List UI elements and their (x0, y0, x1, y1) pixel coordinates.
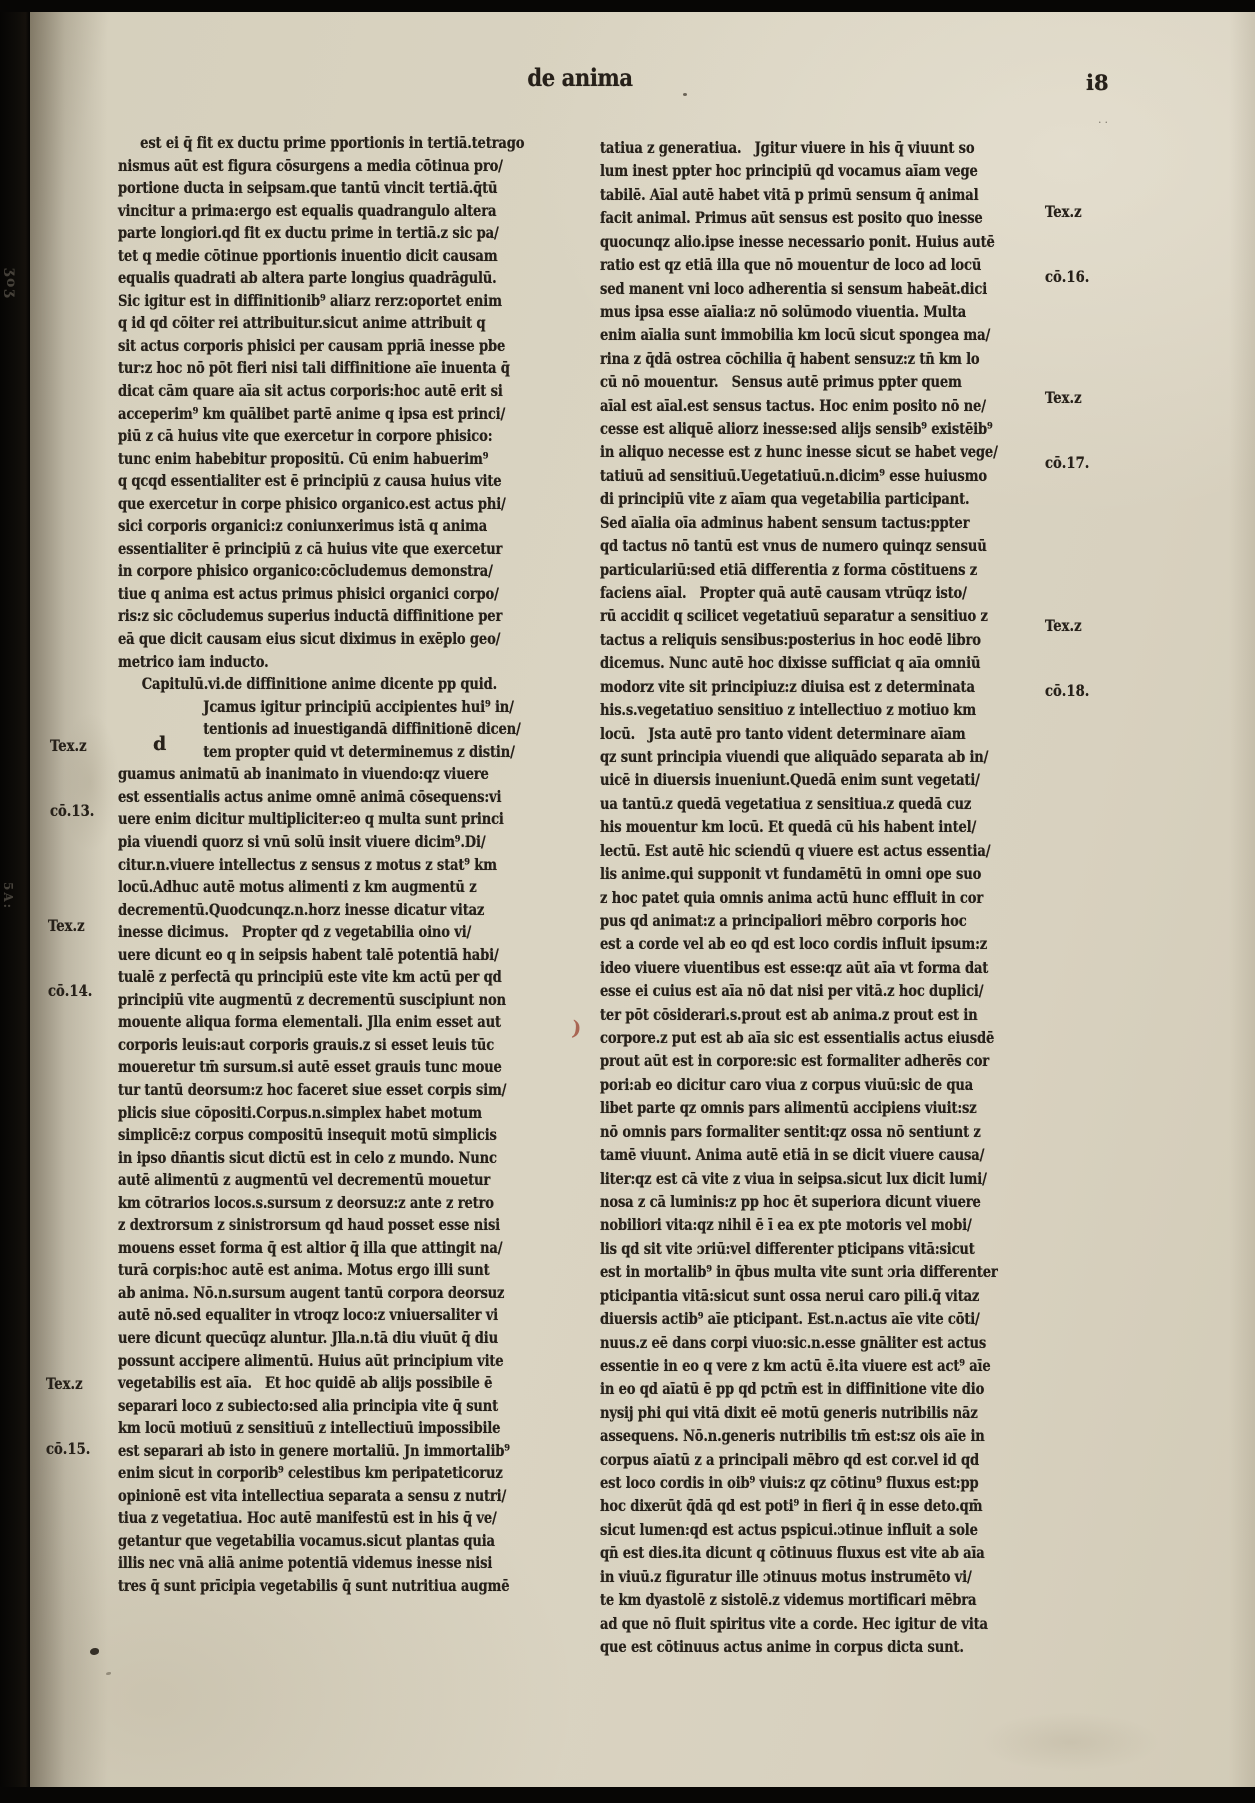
text-line: simplicē:z corpus compositū insequit mot… (118, 1124, 495, 1147)
initial-guide-letter: d (153, 733, 166, 755)
text-line: cesse est aliquē aliorz inesse:sed alijs… (600, 417, 977, 440)
text-line: est loco cordis in oib⁹ viuis:z qz cōtin… (600, 1471, 977, 1494)
text-line: enim aīalia sunt immobilia km locū sicut… (600, 323, 977, 346)
margin-note-line: Tex.z (1045, 615, 1113, 637)
text-line: q qcqd essentialiter est ē principiū z c… (118, 470, 495, 493)
text-line: liter:qz est cā vite z viua in seipsa.si… (600, 1167, 977, 1190)
text-line: sici corporis organici:z coniunxerimus i… (118, 515, 495, 538)
margin-note-tex-co-14: Tex.z cō.14. (48, 872, 116, 1044)
text-line: essentialiter ē principiū z cā huius vit… (118, 538, 495, 561)
text-line: pus qd animat:z a principaliori mēbro co… (600, 909, 977, 932)
text-line: facit animal. Primus aūt sensus est posi… (600, 206, 977, 229)
text-line: diuersis actib⁹ aīe pticipant. Est.n.act… (600, 1307, 977, 1330)
text-line: corpus aīatū z a principali mēbro qd est… (600, 1448, 977, 1471)
text-line: rū accidit q scilicet vegetatiuū separat… (600, 604, 977, 627)
text-line: parte longiori.qd fit ex ductu prime in … (118, 222, 495, 245)
text-line: possunt accipere alimentū. Huius aūt pri… (118, 1350, 495, 1373)
text-line: rina z q̄dā ostrea cōchilia q̄ habent se… (600, 347, 977, 370)
margin-note-tex-co-17: Tex.z cō.17. (1045, 344, 1113, 516)
text-line: enim sicut in corporib⁹ celestibus km pe… (118, 1462, 495, 1485)
text-line: autē nō.sed equaliter in vtroqz loco:z v… (118, 1304, 495, 1327)
text-line: tualē z perfectā qu principiū este vite … (118, 966, 495, 989)
text-line: aīal est aīal.est sensus tactus. Hoc eni… (600, 394, 977, 417)
text-line: tem propter quid vt determinemus z disti… (118, 741, 495, 764)
text-line: uere enim dicitur multipliciter:eo q mul… (118, 808, 495, 831)
margin-note-line: Tex.z (1045, 201, 1113, 223)
paper: de anima i8 .. est ei q̄ fit ex ductu pr… (30, 12, 1255, 1787)
ink-speck (683, 93, 687, 96)
text-line: ris:z sic cōcludemus superius inductā di… (118, 605, 495, 628)
text-line: portione ducta in seipsam.que tantū vinc… (118, 177, 495, 200)
text-line: tur:z hoc nō pōt fieri nisi tali diffini… (118, 357, 495, 380)
text-line: pia viuendi quorz si vnū solū insit viue… (118, 831, 495, 854)
text-line: lum inest ppter hoc principiū qd vocamus… (600, 159, 977, 182)
text-line: que est cōtinuus actus anime in corpus d… (600, 1635, 977, 1658)
text-line: te km dyastolē z sistolē.z videmus morti… (600, 1588, 977, 1611)
text-line: turā corpis:hoc autē est anima. Motus er… (118, 1259, 495, 1282)
text-line: ideo viuere viuentibus est esse:qz aūt a… (600, 956, 977, 979)
text-line: Sic igitur est in diffinitionib⁹ aliarz … (118, 290, 495, 313)
text-line: qz sunt principia viuendi que aliquādo s… (600, 745, 977, 768)
text-line: assequens. Nō.n.generis nutribilis tm̄ e… (600, 1424, 977, 1447)
text-line: z hoc patet quia omnis anima actū hunc e… (600, 886, 977, 909)
text-line: nobiliori vita:qz nihil ē ī ea ex pte mo… (600, 1213, 977, 1236)
text-line: his mouentur km locū. Et quedā cū his ha… (600, 815, 977, 838)
text-line: piū z cā huius vite que exercetur in cor… (118, 425, 495, 448)
text-line: mouente aliqua forma elementali. Jlla en… (118, 1011, 495, 1034)
text-line: locū. Jsta autē pro tanto vident determi… (600, 722, 977, 745)
margin-note-line: cō.13. (50, 800, 118, 822)
text-line: quocunqz alio.ipse inesse necessario pon… (600, 230, 977, 253)
text-line: vincitur a prima:ergo est equalis quadra… (118, 200, 495, 223)
text-line: sicut lumen:qd est actus pspicui.ɔtinue … (600, 1518, 977, 1541)
text-line: mus ipsa esse aīalia:z nō solūmodo viuen… (600, 300, 977, 323)
text-line: in viuū.z figuratur ille ɔtinuus motus i… (600, 1565, 977, 1588)
text-line: est in mortalib⁹ in q̄bus multa vite sun… (600, 1260, 977, 1283)
text-line: getantur que vegetabilia vocamus.sicut p… (118, 1530, 495, 1553)
text-line: locū.Adhuc autē motus alimenti z km augm… (118, 876, 495, 899)
showthrough-marks-top: ʒoʒ (3, 268, 19, 299)
text-line: mouens esset forma q̄ est altior q̄ illa… (118, 1237, 495, 1260)
text-line: tactus a reliquis sensibus:posterius in … (600, 628, 977, 651)
margin-note-line: cō.15. (46, 1438, 114, 1460)
text-line: tatiuū ad sensitiuū.Uegetatiuū.n.dicim⁹ … (600, 464, 977, 487)
margin-note-line: Tex.z (50, 735, 118, 757)
text-line: separari loco z subiecto:sed alia princi… (118, 1395, 495, 1418)
margin-note-tex-co-13: Tex.z cō.13. (50, 692, 118, 864)
text-line: essentie in eo q vere z km actū ē.ita vi… (600, 1354, 977, 1377)
text-line: est essentialis actus anime omnē animā c… (118, 786, 495, 809)
text-line: sed manent vni loco adherentia si sensum… (600, 277, 977, 300)
text-line: Capitulū.vi.de diffinitione anime dicent… (118, 673, 495, 696)
text-line: moueretur tm̄ sursum.si autē esset graui… (118, 1056, 495, 1079)
text-line: di principiū vite z aīam qua vegetabilia… (600, 487, 977, 510)
text-line: cū nō mouentur. Sensus autē primus ppter… (600, 370, 977, 393)
margin-note-line: cō.17. (1045, 452, 1113, 474)
text-line: prout aūt est in corpore:sic est formali… (600, 1049, 977, 1072)
text-line: tunc enim habebitur propositū. Cū enim h… (118, 448, 495, 471)
text-line: in corpore phisico organico:cōcludemus d… (118, 560, 495, 583)
text-line: citur.n.viuere intellectus z sensus z mo… (118, 854, 495, 877)
text-line: lectū. Est autē hic sciendū q viuere est… (600, 839, 977, 862)
text-line: hoc dixerūt q̄dā qd est poti⁹ in fieri q… (600, 1494, 977, 1517)
text-line: in eo qd aīatū ē pp qd pctm̄ est in diff… (600, 1377, 977, 1400)
text-line: nysij phi qui vitā dixit eē motū generis… (600, 1401, 977, 1424)
text-line: qd tactus nō tantū est vnus de numero qu… (600, 534, 977, 557)
text-line: q id qd cōiter rei attribuitur.sicut ani… (118, 312, 495, 335)
text-line: autē alimentū z augmentū vel decrementū … (118, 1169, 495, 1192)
text-line: pori:ab eo dicitur caro viua z corpus vi… (600, 1073, 977, 1096)
text-line: equalis quadrati ab altera parte longius… (118, 267, 495, 290)
text-line: que exercetur in corpe phisico organico.… (118, 493, 495, 516)
text-line: eā que dicit causam eius sicut diximus i… (118, 628, 495, 651)
text-line: km cōtrarios locos.s.sursum z deorsuz:z … (118, 1192, 495, 1215)
text-line: corporis leuis:aut corporis grauis.z si … (118, 1034, 495, 1057)
text-line: sit actus corporis phisici per causam pp… (118, 335, 495, 358)
text-line: dicat cām quare aīa sit actus corporis:h… (118, 380, 495, 403)
text-line: nismus aūt est figura cōsurgens a media … (118, 155, 495, 178)
margin-note-line: Tex.z (48, 915, 116, 937)
text-line: uere dicunt eo q in seipsis habent talē … (118, 944, 495, 967)
margin-note-line: cō.14. (48, 980, 116, 1002)
text-line: plicis siue cōpositi.Corpus.n.simplex ha… (118, 1102, 495, 1125)
text-line: libet parte qz omnis pars alimentū accip… (600, 1096, 977, 1119)
text-line: acceperim⁹ km quālibet partē anime q ips… (118, 403, 495, 426)
text-line: z dextrorsum z sinistrorsum qd haud poss… (118, 1214, 495, 1237)
text-line: tet q medie cōtinue pportionis inuentio … (118, 245, 495, 268)
margin-note-tex-co-16: Tex.z cō.16. (1045, 158, 1113, 330)
text-line: tiue q anima est actus primus phisici or… (118, 583, 495, 606)
text-line: his.s.vegetatiuo sensitiuo z intellectiu… (600, 698, 977, 721)
text-line: particulariū:sed etiā differentia z form… (600, 558, 977, 581)
text-line: tur tantū deorsum:z hoc faceret siue ess… (118, 1079, 495, 1102)
text-line: esse ei cuius est aīa nō dat nisi per vi… (600, 979, 977, 1002)
text-line: metrico iam inducto. (118, 651, 495, 674)
text-line: tentionis ad inuestigandā diffinitionē d… (118, 718, 495, 741)
text-line: tatiua z generatiua. Jgitur viuere in hi… (600, 136, 977, 159)
text-line: km locū motiuū z sensitiuū z intellectiu… (118, 1417, 495, 1440)
text-line: illis nec vnā aliā anime potentiā videmu… (118, 1552, 495, 1575)
text-line: est ei q̄ fit ex ductu prime pportionis … (118, 132, 495, 155)
text-line: pticipantia vitā:sicut sunt ossa nerui c… (600, 1284, 977, 1307)
text-line: inesse dicimus. Propter qd z vegetabilia… (118, 921, 495, 944)
text-line: lis qd sit vite ɔriū:vel differenter pti… (600, 1237, 977, 1260)
running-title: de anima (510, 63, 651, 92)
text-line: ad que nō fluit spiritus vite a corde. H… (600, 1612, 977, 1635)
text-line: principiū vite augmentū z decrementū sus… (118, 989, 495, 1012)
text-line: in aliquo necesse est z hunc inesse sicu… (600, 440, 977, 463)
text-line: modorz vite sit principiuz:z diuisa est … (600, 675, 977, 698)
text-line: est separari ab isto in genere mortaliū.… (118, 1440, 495, 1463)
margin-note-tex-co-15: Tex.z cō.15. (46, 1330, 114, 1502)
text-line: qn̄ est dies.ita dicunt q cōtinuus fluxu… (600, 1541, 977, 1564)
text-line: nuus.z eē dans corpi viuo:sic.n.esse gnā… (600, 1331, 977, 1354)
text-line: ratio est qz etiā illa que nō mouentur d… (600, 253, 977, 276)
ink-spot (90, 1648, 99, 1655)
margin-note-line: cō.18. (1045, 680, 1113, 702)
text-column-right: tatiua z generatiua. Jgitur viuere in hi… (600, 136, 1060, 1658)
text-line: nō omnis pars formaliter sentit:qz ossa … (600, 1120, 977, 1143)
scan-border-bottom (0, 1787, 1255, 1803)
red-ink-mark: ) (571, 1016, 583, 1041)
text-line: lis anime.qui supponit vt fundamētū in o… (600, 862, 977, 885)
text-line: Jcamus igitur principiū accipientes hui⁹… (118, 696, 495, 719)
text-line: dicemus. Nunc autē hoc dixisse sufficiat… (600, 651, 977, 674)
text-line: tabilē. Aīal autē habet vitā p primū sen… (600, 183, 977, 206)
margin-note-line: Tex.z (1045, 387, 1113, 409)
text-line: guamus animatū ab inanimato in viuendo:q… (118, 763, 495, 786)
text-line: est a corde vel ab eo qd est loco cordis… (600, 932, 977, 955)
scanned-book-page: ʒoʒ 5A: de anima i8 .. est ei q̄ fit ex … (0, 0, 1255, 1803)
margin-note-line: Tex.z (46, 1373, 114, 1395)
margin-note-line: cō.16. (1045, 266, 1113, 288)
text-line: Sed aīalia oīa adminus habent sensum tac… (600, 511, 977, 534)
showthrough-marks-mid: 5A: (1, 882, 15, 910)
text-line: nosa z cā luminis:z pp hoc ēt superiora … (600, 1190, 977, 1213)
text-line: tiua z vegetatiua. Hoc autē manifestū es… (118, 1507, 495, 1530)
text-column-left: est ei q̄ fit ex ductu prime pportionis … (118, 132, 578, 1598)
text-line: decrementū.Quodcunqz.n.horz inesse dicat… (118, 899, 495, 922)
text-line: tres q̄ sunt prīcipia vegetabilis q̄ sun… (118, 1575, 495, 1598)
paper-stain (980, 1712, 1160, 1772)
folio-dots: .. (1098, 113, 1111, 126)
text-line: uere dicunt quecūqz aluntur. Jlla.n.tā d… (118, 1327, 495, 1350)
text-line: opinionē est vita intellectiua separata … (118, 1485, 495, 1508)
text-line: tamē viuunt. Anima autē etiā in se dicit… (600, 1143, 977, 1166)
text-line: faciens aīal. Propter quā autē causam vt… (600, 581, 977, 604)
text-line: uicē in diuersis inueniunt.Quedā enim su… (600, 768, 977, 791)
folio-number: i8 (1086, 70, 1109, 95)
text-line: ua tantū.z quedā vegetatiua z sensitiua.… (600, 792, 977, 815)
text-line: corpore.z put est ab aīa sic est essenti… (600, 1026, 977, 1049)
text-line: in ipso dn̄antis sicut dictū est in celo… (118, 1147, 495, 1170)
text-line: ter pōt cōsiderari.s.prout est ab anima.… (600, 1003, 977, 1026)
margin-note-tex-co-18: Tex.z cō.18. (1045, 572, 1113, 744)
text-line: ab anima. Nō.n.sursum augent tantū corpo… (118, 1282, 495, 1305)
scan-border-top (0, 0, 1255, 12)
text-line: vegetabilis est aīa. Et hoc quidē ab ali… (118, 1372, 495, 1395)
